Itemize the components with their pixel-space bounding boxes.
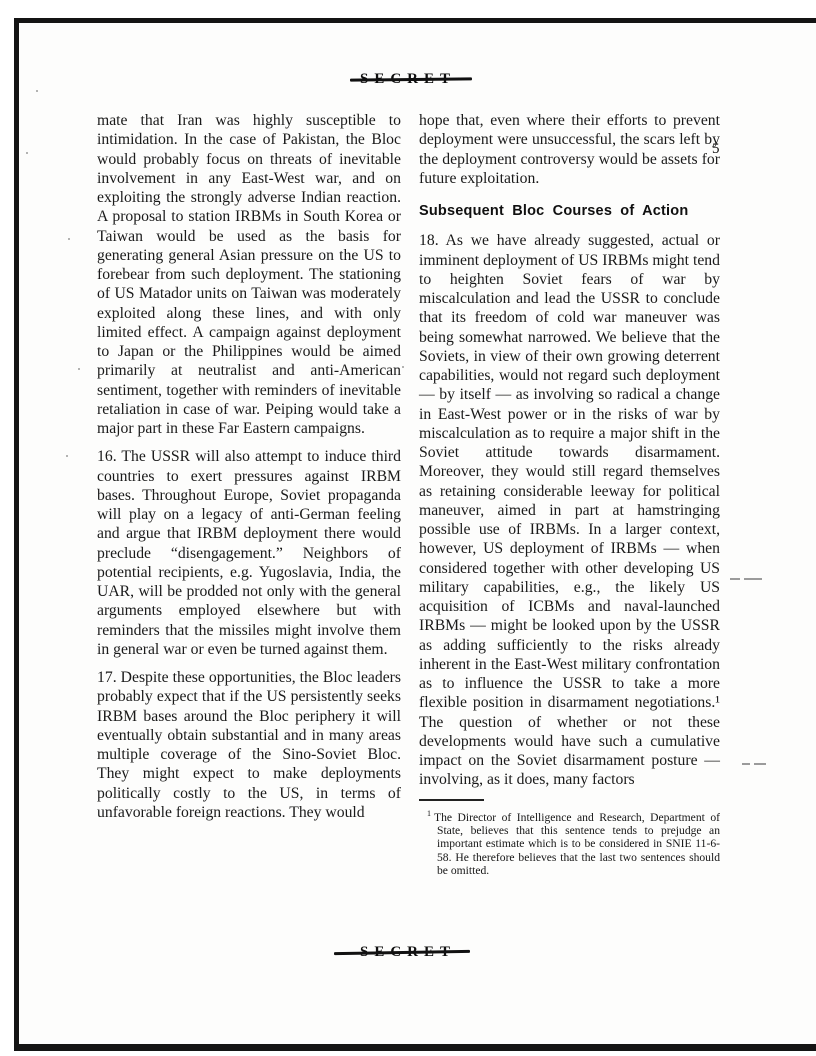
scan-artifact — [744, 578, 762, 580]
paragraph-16: 16. The USSR will also attempt to induce… — [97, 447, 401, 659]
scan-artifact — [742, 763, 750, 765]
scan-artifact — [66, 455, 68, 457]
scan-artifact — [402, 366, 404, 368]
classification-stamp-top: SECRET — [360, 71, 456, 87]
page-header: SECRET 5 — [0, 70, 816, 88]
scan-artifact — [754, 763, 766, 765]
footnote-text: 1The Director of Intelligence and Resear… — [419, 807, 720, 878]
paragraph-continuation-15: mate that Iran was highly susceptible to… — [97, 111, 401, 438]
scan-artifact — [26, 152, 28, 154]
footnote-marker: 1 — [427, 809, 431, 818]
section-heading: Subsequent Bloc Courses of Action — [419, 202, 720, 221]
paragraph-continuation-17: hope that, even where their efforts to p… — [419, 111, 720, 188]
footnote-separator — [419, 799, 484, 801]
scan-artifact — [730, 578, 740, 580]
paragraph-18: 18. As we have already suggested, actual… — [419, 231, 720, 789]
scanned-document-page: { "document": { "classification_header":… — [0, 0, 816, 1056]
paragraph-17: 17. Despite these opportunities, the Blo… — [97, 668, 401, 822]
classification-stamp-bottom: SECRET — [360, 944, 456, 960]
scan-artifact — [68, 238, 70, 240]
scan-artifact — [78, 368, 80, 370]
right-column: hope that, even where their efforts to p… — [419, 111, 720, 886]
left-column: mate that Iran was highly susceptible to… — [97, 111, 401, 831]
footnote-block: 1The Director of Intelligence and Resear… — [419, 799, 720, 878]
scan-artifact — [36, 90, 38, 92]
header-stamp-wrap: SECRET — [0, 70, 816, 88]
page-footer: SECRET — [0, 943, 816, 961]
footnote-body: The Director of Intelligence and Researc… — [434, 810, 720, 877]
